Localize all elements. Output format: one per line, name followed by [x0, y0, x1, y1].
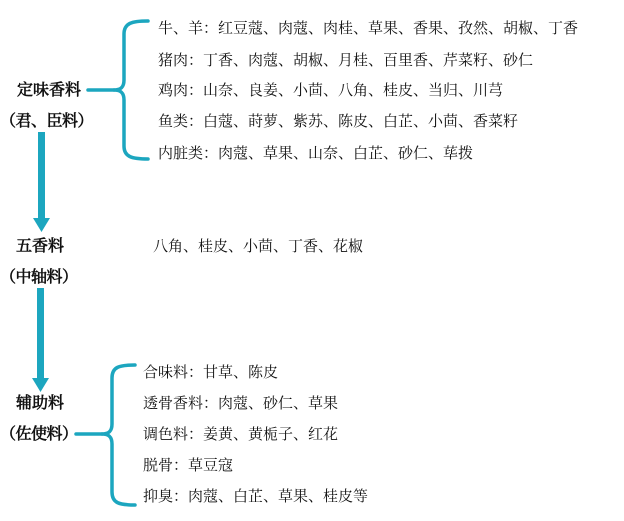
group-3-item-deboning: 脱骨：草豆寇 — [143, 455, 233, 475]
arrow-down-1 — [33, 132, 50, 232]
group-3-item-bone-penetrating: 透骨香料：肉蔻、砂仁、草果 — [143, 393, 338, 413]
group-1-item-chicken: 鸡肉：山奈、良姜、小茴、八角、桂皮、当归、川芎 — [158, 80, 503, 100]
group-2-subtitle: （中轴料） — [0, 267, 78, 287]
group-3-title: 辅助料 — [16, 393, 64, 413]
group-3-subtitle: （佐使料） — [0, 424, 78, 444]
bracket-group-1 — [88, 21, 148, 159]
group-1-item-beef-lamb: 牛、羊：红豆蔻、肉蔻、肉桂、草果、香果、孜然、胡椒、丁香 — [158, 18, 578, 38]
group-3-item-coloring: 调色料：姜黄、黄栀子、红花 — [143, 424, 338, 444]
bracket-group-3 — [76, 365, 135, 505]
arrow-down-2 — [32, 288, 49, 392]
group-2-title: 五香料 — [16, 236, 64, 256]
group-2-item-five-spice: 八角、桂皮、小茴、丁香、花椒 — [153, 236, 363, 256]
group-3-item-blending: 合味料：甘草、陈皮 — [143, 362, 278, 382]
group-1-subtitle: （君、臣料） — [0, 111, 93, 131]
group-1-item-offal: 内脏类：肉蔻、草果、山奈、白芷、砂仁、荜拨 — [158, 143, 473, 163]
group-1-title: 定味香料 — [17, 80, 81, 100]
group-3-item-deodorizing: 抑臭：肉蔻、白芷、草果、桂皮等 — [143, 486, 368, 506]
group-1-item-pork: 猪肉：丁香、肉蔻、胡椒、月桂、百里香、芹菜籽、砂仁 — [158, 50, 533, 70]
group-1-item-fish: 鱼类：白蔻、莳萝、紫苏、陈皮、白芷、小茴、香菜籽 — [158, 111, 518, 131]
